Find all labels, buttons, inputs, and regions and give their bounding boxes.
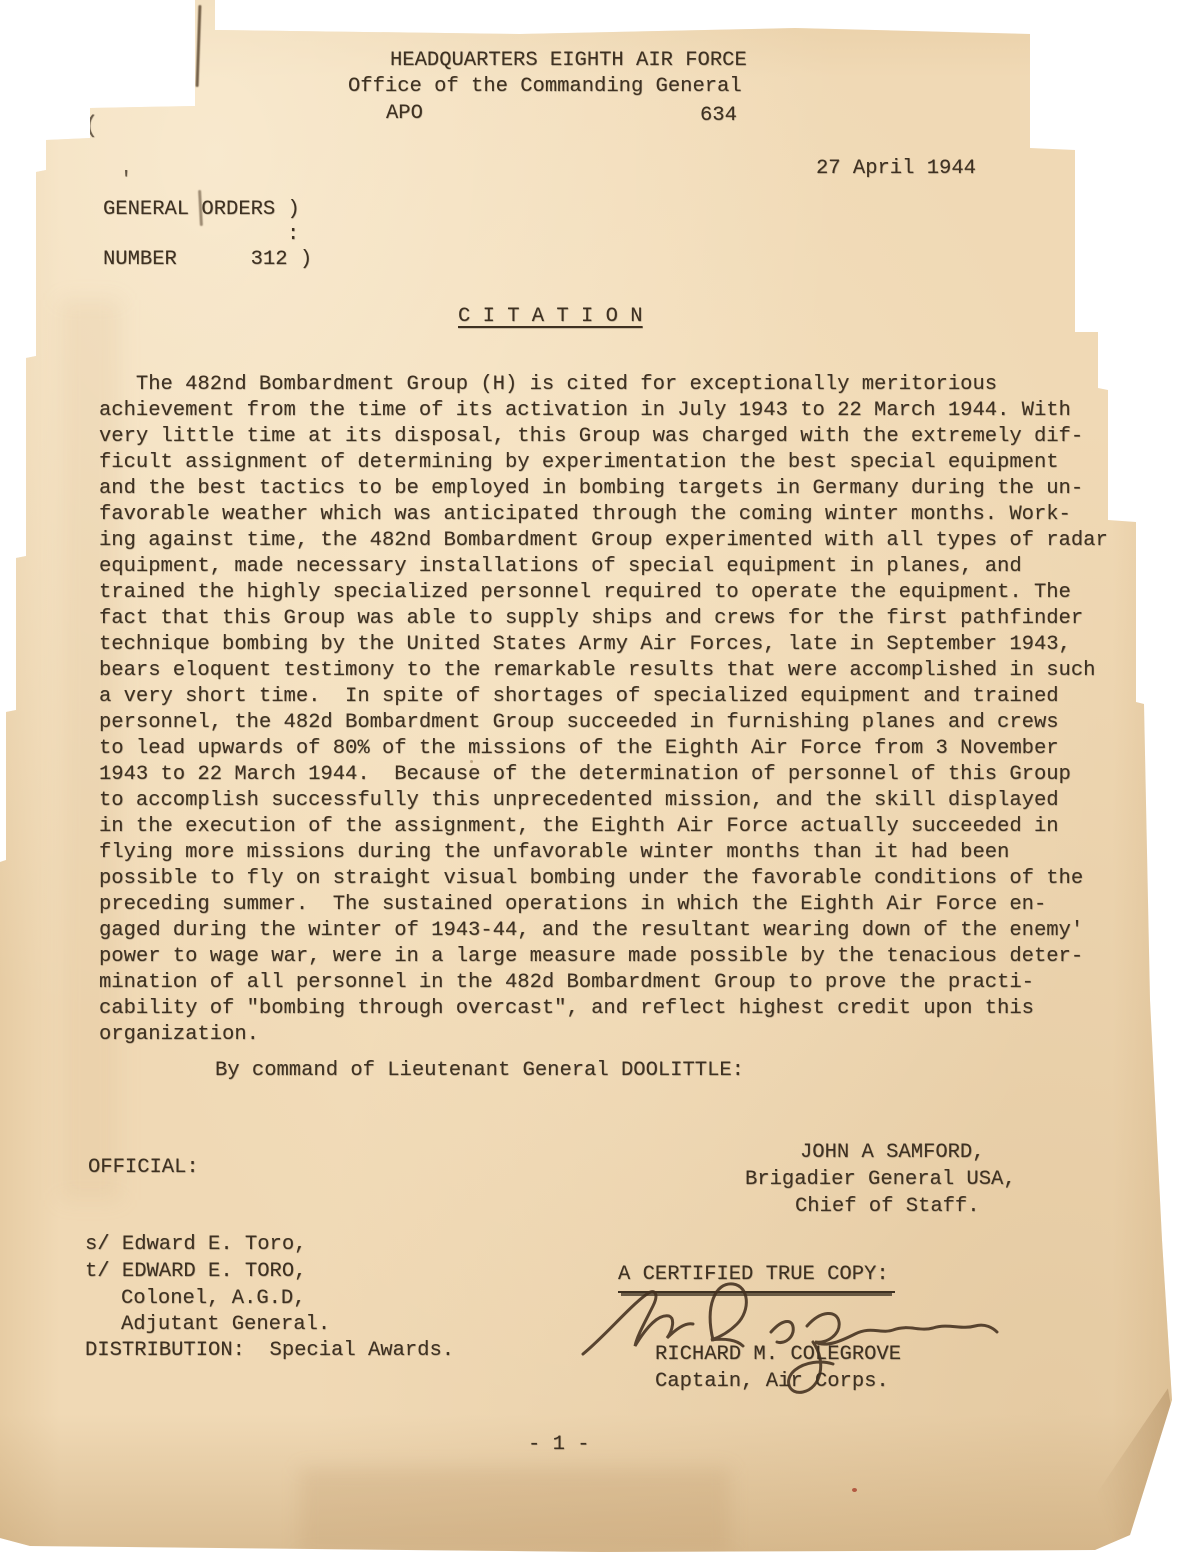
official-title-line: Adjutant General. [121,1312,330,1338]
by-command-line: By command of Lieutenant General DOOLITT… [215,1058,744,1084]
paper-stain-bottom [300,1468,730,1554]
official-signed-line: s/ Edward E. Toro, [85,1232,306,1258]
page-number: - 1 - [528,1432,590,1458]
citation-title: C I T A T I O N [458,304,643,330]
signer-rank: Brigadier General USA, [745,1167,1016,1193]
document-date: 27 April 1944 [816,156,976,182]
stray-paren-mark: ( [84,114,98,140]
letterhead-line2: Office of the Commanding General [348,74,742,100]
signer-name: JOHN A SAMFORD, [800,1140,985,1166]
red-speck [852,1488,857,1492]
certifier-title: Captain, Air Corps. [655,1369,889,1395]
signer-title: Chief of Staff. [795,1194,980,1220]
brown-speck [1096,118,1100,121]
certifier-name: RICHARD M. COLEGROVE [655,1342,901,1368]
stray-tick-mark: ' [120,168,132,194]
official-label: OFFICIAL: [88,1155,199,1181]
letterhead-line1: HEADQUARTERS EIGHTH AIR FORCE [390,48,747,74]
ink-streak-tab [196,5,202,87]
paper-sheet: ( ' HEADQUARTERS EIGHTH AIR FORCE Office… [0,0,1196,1554]
scanned-document: ( ' HEADQUARTERS EIGHTH AIR FORCE Office… [0,0,1196,1554]
distribution-line: DISTRIBUTION: Special Awards. [85,1338,454,1364]
official-typed-line: t/ EDWARD E. TORO, [85,1259,306,1285]
paper-fold-bottom-right [1040,1370,1196,1554]
letterhead-apo-number: 634 [700,103,737,129]
general-orders-line: GENERAL ORDERS ) [103,197,300,223]
citation-body: The 482nd Bombardment Group (H) is cited… [99,372,1149,1048]
letterhead-apo-label: APO [386,101,423,127]
orders-number-line: NUMBER 312 ) [103,247,312,273]
orders-colon: : [287,222,299,248]
official-rank-line: Colonel, A.G.D, [121,1286,306,1312]
